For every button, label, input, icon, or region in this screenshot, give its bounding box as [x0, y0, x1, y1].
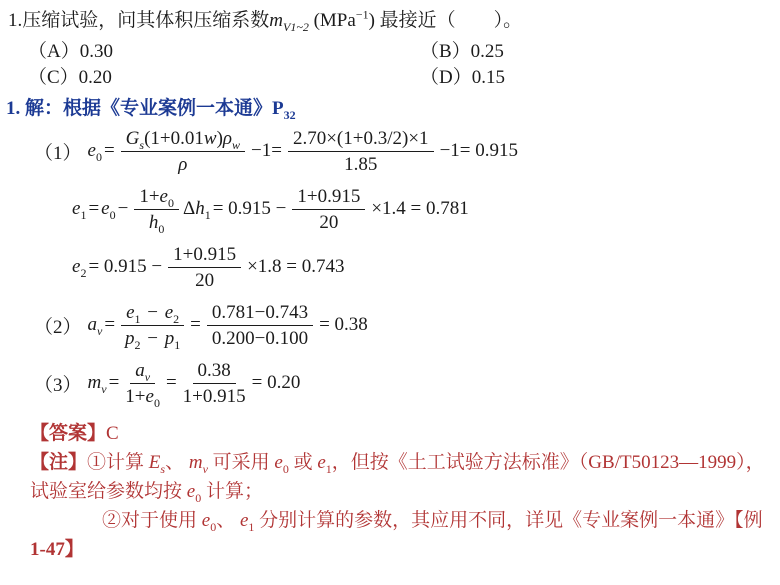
- formula-1-e0: （1） e0 = Gs(1+0.01w)ρw ρ −1= 2.70×(1+0.3…: [6, 122, 774, 180]
- equals-sign: =: [190, 314, 201, 336]
- answer-line: 【答案】C: [30, 420, 774, 448]
- math-piece: 1: [80, 208, 86, 222]
- math-piece: e: [126, 302, 134, 323]
- math-piece: e: [274, 452, 282, 473]
- note-text: 试验室给参数均按: [30, 481, 187, 502]
- option-a: （A）0.30: [28, 39, 420, 65]
- fraction-numerator: 1+0.915: [292, 185, 365, 210]
- var-m: m: [269, 10, 283, 31]
- math-piece: −: [143, 302, 163, 323]
- answer-value: C: [106, 423, 119, 444]
- fraction: av 1+e0: [125, 359, 160, 408]
- heading-text: 1. 解：根据《专业案例一本通》P: [6, 98, 284, 119]
- fraction: e1 − e2 p2 − p1: [121, 301, 184, 350]
- question-text: 1.压缩试验，问其体积压缩系数: [8, 10, 269, 31]
- fraction-numerator: 1+0.915: [168, 243, 241, 268]
- math-piece: 0: [110, 208, 116, 222]
- formula-result: = 0.38: [319, 314, 368, 336]
- unit-open: (MPa: [309, 10, 356, 31]
- math-operator: = 0.915 −: [88, 256, 162, 278]
- math-piece: 2: [135, 337, 141, 351]
- math-piece: w: [204, 128, 217, 149]
- math-piece: v: [97, 324, 102, 338]
- fraction-numerator: e1 − e2: [121, 301, 184, 326]
- fraction-denominator: 1+0.915: [183, 384, 246, 408]
- math-piece: e: [88, 140, 96, 161]
- note-text: ，但按《土工试验方法标准》（GB/T50123—1999），: [332, 452, 765, 473]
- note-label: 【注】: [30, 452, 87, 473]
- fraction: 0.781−0.743 0.200−0.100: [207, 301, 313, 350]
- fraction: 1+e0 h0: [134, 185, 179, 234]
- math-piece: 2: [173, 311, 179, 325]
- math-piece: Δ: [183, 198, 195, 219]
- fraction-denominator: 20: [195, 268, 214, 292]
- formula-1-label: （1）: [34, 138, 82, 165]
- note-text: 1-47】: [30, 539, 84, 560]
- note-line-2: 试验室给参数均按 e0 计算；: [30, 477, 774, 506]
- math-piece: ρ: [178, 154, 187, 175]
- math-piece: m: [189, 452, 203, 473]
- formula-3-mv: （3） mv = av 1+e0 = 0.38 1+0.915 = 0.20: [6, 354, 774, 412]
- fraction-denominator: ρ: [178, 152, 187, 176]
- math-piece: e: [146, 386, 154, 407]
- math-piece: (1+0.01: [144, 128, 204, 149]
- minus-sign: −: [118, 198, 129, 220]
- fraction: 1+0.915 20: [168, 243, 241, 292]
- fraction-denominator: p2 − p1: [125, 326, 180, 350]
- math-piece: w: [232, 137, 240, 151]
- math-piece: 1+: [125, 386, 145, 407]
- formula-result: ×1.4 = 0.781: [371, 198, 468, 220]
- note-text: 可采用: [208, 452, 275, 473]
- var-e0: e0: [101, 198, 115, 220]
- unit-exponent: −1: [356, 8, 369, 22]
- fraction-numerator: 2.70×(1+0.3/2)×1: [288, 127, 434, 152]
- formula-2-label: （2）: [34, 312, 82, 339]
- math-piece: a: [135, 360, 145, 381]
- math-piece: v: [101, 382, 106, 396]
- note-text: ①计算: [87, 452, 149, 473]
- note-line-4: 1-47】: [30, 535, 774, 564]
- math-piece: e: [165, 302, 173, 323]
- fraction: 0.38 1+0.915: [183, 359, 246, 408]
- fraction-denominator: 1.85: [344, 152, 377, 176]
- equals-sign: =: [104, 314, 115, 336]
- formula-2-av: （2） av = e1 − e2 p2 − p1 = 0.781−0.743 0…: [6, 296, 774, 354]
- unit-close: ): [369, 10, 380, 31]
- formula-e1: e1 = e0 − 1+e0 h0 Δh1 = 0.915 − 1+0.915 …: [6, 180, 774, 238]
- math-piece: e: [101, 198, 109, 219]
- math-piece: h: [195, 198, 205, 219]
- math-piece: e: [317, 452, 325, 473]
- var-e2: e2: [72, 256, 86, 278]
- equals-sign: =: [88, 198, 99, 220]
- math-piece: v: [101, 382, 106, 396]
- math-operator: = 0.915 −: [213, 198, 287, 220]
- equals-sign: =: [109, 372, 120, 394]
- option-c: （C）0.20: [28, 65, 420, 91]
- math-piece: −: [143, 328, 163, 349]
- math-piece: 0: [96, 150, 102, 164]
- math-piece: 1: [205, 208, 211, 222]
- math-piece: 1: [135, 311, 141, 325]
- fraction-numerator: Gs(1+0.01w)ρw: [121, 127, 245, 152]
- math-piece: v: [97, 324, 102, 338]
- formula-result: −1= 0.915: [440, 140, 518, 162]
- var-mv: mv: [88, 372, 107, 394]
- fraction-denominator: 1+e0: [125, 384, 160, 408]
- math-piece: v: [145, 369, 150, 383]
- note-text: 分别计算的参数，其应用不同，详见《专业案例一本通》【例: [254, 510, 762, 531]
- math-piece: V1~2: [283, 20, 309, 34]
- question-tail: 最接近（ ）。: [380, 10, 523, 31]
- math-piece: p: [125, 328, 135, 349]
- math-piece: G: [126, 128, 140, 149]
- var-av: av: [88, 314, 103, 336]
- note-text: 或: [289, 452, 318, 473]
- note-text: 、: [165, 452, 189, 473]
- formula-result: ×1.8 = 0.743: [247, 256, 344, 278]
- fraction-numerator: av: [130, 359, 155, 384]
- math-piece: 1: [174, 337, 180, 351]
- math-piece: 0: [168, 195, 174, 209]
- fraction-numerator: 1+e0: [134, 185, 179, 210]
- note-text: 计算；: [201, 481, 263, 502]
- note-line-1: 【注】①计算 Es、 mv 可采用 e0 或 e1，但按《土工试验方法标准》（G…: [30, 448, 774, 477]
- math-piece: 0: [154, 395, 160, 409]
- option-d: （D）0.15: [420, 65, 505, 91]
- math-piece: h: [149, 212, 159, 233]
- fraction: Gs(1+0.01w)ρw ρ: [121, 127, 245, 176]
- math-piece: w: [232, 137, 240, 151]
- options-row-2: （C）0.20 （D）0.15: [28, 65, 774, 91]
- math-piece: e: [202, 510, 210, 531]
- delta-h1-term: Δh1: [183, 198, 211, 220]
- math-piece: v: [145, 369, 150, 383]
- fraction-denominator: 20: [319, 210, 338, 234]
- math-operator: −1=: [251, 140, 282, 162]
- math-piece: a: [88, 314, 98, 335]
- fraction: 1+0.915 20: [292, 185, 365, 234]
- note-line-3: ②对于使用 e0、 e1 分别计算的参数，其应用不同，详见《专业案例一本通》【例: [102, 506, 774, 535]
- math-piece: 0: [158, 221, 164, 235]
- solution-heading: 1. 解：根据《专业案例一本通》P32: [6, 95, 774, 122]
- heading-page-subscript: 32: [284, 108, 296, 122]
- equals-sign: =: [166, 372, 177, 394]
- math-piece: e: [187, 481, 195, 502]
- note-text: 、: [216, 510, 240, 531]
- note-text: ②对于使用: [102, 510, 202, 531]
- math-piece: 1+: [139, 186, 159, 207]
- fraction-numerator: 0.781−0.743: [207, 301, 313, 326]
- formula-e2: e2 = 0.915 − 1+0.915 20 ×1.8 = 0.743: [6, 238, 774, 296]
- question-line: 1.压缩试验，问其体积压缩系数mV1~2 (MPa−1) 最接近（ ）。: [8, 7, 774, 35]
- math-piece: e: [160, 186, 168, 207]
- fraction: 2.70×(1+0.3/2)×1 1.85: [288, 127, 434, 176]
- formula-3-label: （3）: [34, 370, 82, 397]
- answer-label: 【答案】: [30, 423, 106, 444]
- equals-sign: =: [104, 140, 115, 162]
- var-m-subscript: V1~2: [283, 20, 309, 34]
- formula-result: = 0.20: [252, 372, 301, 394]
- fraction-denominator: 0.200−0.100: [212, 326, 308, 350]
- var-e0: e0: [88, 140, 102, 162]
- math-piece: p: [165, 328, 175, 349]
- math-piece: E: [149, 452, 161, 473]
- exam-solution-document: 1.压缩试验，问其体积压缩系数mV1~2 (MPa−1) 最接近（ ）。 （A）…: [0, 0, 780, 585]
- option-b: （B）0.25: [420, 39, 504, 65]
- math-piece: 2: [80, 266, 86, 280]
- math-piece: ρ: [223, 128, 232, 149]
- math-piece: m: [88, 372, 102, 393]
- fraction-denominator: h0: [149, 210, 165, 234]
- var-e1: e1: [72, 198, 86, 220]
- options-row-1: （A）0.30 （B）0.25: [28, 39, 774, 65]
- fraction-numerator: 0.38: [193, 359, 236, 384]
